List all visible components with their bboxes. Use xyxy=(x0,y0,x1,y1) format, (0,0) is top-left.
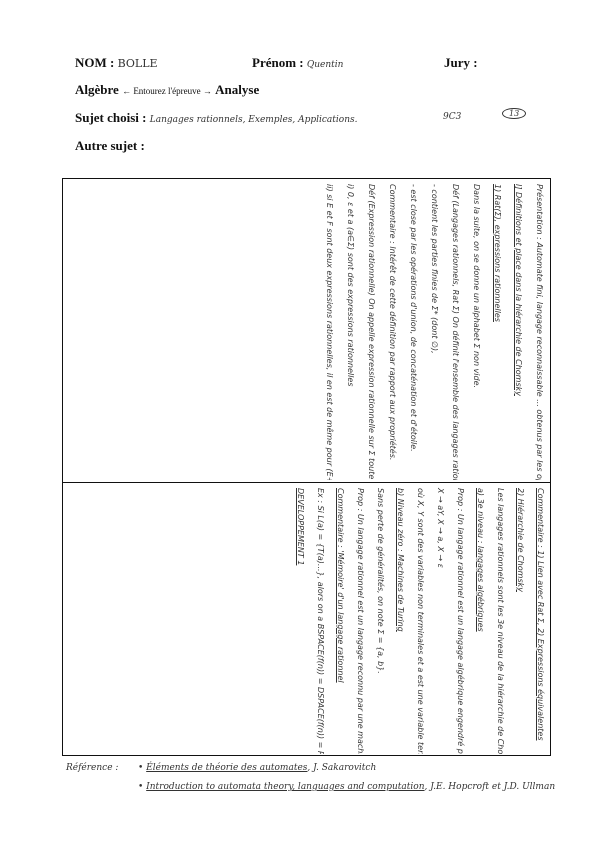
reference-title: Introduction to automata theory, languag… xyxy=(146,782,424,792)
bottom-line: Commentaire : 1) Lien avec Rat Σ, 2) Exp… xyxy=(530,488,550,754)
jury-field: Jury : xyxy=(444,55,478,71)
bottom-line: Les langages rationnels sont les 3e nive… xyxy=(490,488,510,754)
sujet-label: Sujet choisi : xyxy=(75,110,147,125)
top-line: Commentaire : Intérêt de cette définitio… xyxy=(382,184,403,480)
references-label: Référence : xyxy=(66,763,118,773)
nom-label: NOM : xyxy=(75,55,114,70)
circled-number: 13 xyxy=(502,108,526,119)
top-line: i) 0, ε et a (a∈Σ) sont des expressions … xyxy=(340,184,361,480)
bottom-line: DEVELOPPEMENT 1 xyxy=(290,488,310,754)
top-line: I] Définitions et place dans la hiérarch… xyxy=(508,184,529,480)
bottom-line: b) Niveau zéro : Machines de Turing xyxy=(390,488,410,754)
sujet-value: Langages rationnels, Exemples, Applicati… xyxy=(150,115,358,125)
bottom-line: Sans perte de généralités, on note Σ = {… xyxy=(370,488,390,754)
reference-author: J. Sakarovitch xyxy=(313,763,376,773)
bottom-panel: Commentaire : 1) Lien avec Rat Σ, 2) Exp… xyxy=(64,484,550,754)
autre-sujet-label: Autre sujet : xyxy=(75,138,145,153)
bottom-line: Prop : Un langage rationnel est un langa… xyxy=(450,488,470,754)
prenom-label: Prénom : xyxy=(252,55,304,70)
top-line: Présentation : Automate fini, langage re… xyxy=(529,184,550,480)
top-line: ii) si E et F sont deux expressions rati… xyxy=(319,184,340,480)
jury-label: Jury : xyxy=(444,55,478,70)
bottom-line: Ex : Si L(a) = {T(a)...}, alors on a BSP… xyxy=(310,488,330,754)
autre-sujet-line: Autre sujet : xyxy=(75,138,145,154)
top-line: Déf (Expression rationnelle) On appelle … xyxy=(361,184,382,480)
bottom-line: Prop : Un langage rationnel est un langa… xyxy=(350,488,370,754)
reference-title: Éléments de théorie des automates xyxy=(146,763,307,773)
top-line: Déf (Langages rationnels, Rat Σ) On défi… xyxy=(445,184,466,480)
bottom-line: a) 3e niveau : langages algébriques xyxy=(470,488,490,754)
epreuve-algebre: Algèbre xyxy=(75,82,119,97)
bottom-line: Commentaire : 'Mémoire' d'un langage rat… xyxy=(330,488,350,754)
sujet-line: Sujet choisi : Langages rationnels, Exem… xyxy=(75,110,358,126)
reference-item: • Éléments de théorie des automates, J. … xyxy=(138,763,376,773)
nom-field: NOM : BOLLE xyxy=(75,55,158,71)
top-line: 1) Rat(Σ), expressions rationnelles xyxy=(487,184,508,480)
panel-divider xyxy=(62,482,551,483)
sujet-number-circled: 13 xyxy=(502,108,526,119)
top-line: Dans la suite, on se donne un alphabet Σ… xyxy=(466,184,487,480)
reference-item: • Introduction to automata theory, langu… xyxy=(138,782,555,792)
bottom-line: 2) Hiérarchie de Chomsky xyxy=(510,488,530,754)
nom-value: BOLLE xyxy=(118,57,158,70)
top-panel: Présentation : Automate fini, langage re… xyxy=(64,180,550,480)
epreuve-analyse: Analyse xyxy=(215,82,259,97)
epreuve-instruction: ← Entourez l'épreuve → xyxy=(122,86,212,96)
top-line: - est close par les opérations d'union, … xyxy=(403,184,424,480)
epreuve-line: Algèbre ← Entourez l'épreuve → Analyse xyxy=(75,82,259,98)
reference-author: J.E. Hopcroft et J.D. Ullman xyxy=(430,782,555,792)
top-line: - contient les parties finies de Σ* (don… xyxy=(424,184,445,480)
bottom-line: X → aY, X → a, X → ε xyxy=(430,488,450,754)
prenom-value: Quentin xyxy=(307,60,344,70)
prenom-field: Prénom : Quentin xyxy=(252,55,343,71)
bottom-line: où X, Y sont des variables non terminale… xyxy=(410,488,430,754)
top-panel-text: Présentation : Automate fini, langage re… xyxy=(319,184,550,480)
sujet-code: 9C3 xyxy=(443,112,461,122)
bottom-panel-text: Commentaire : 1) Lien avec Rat Σ, 2) Exp… xyxy=(290,488,550,754)
